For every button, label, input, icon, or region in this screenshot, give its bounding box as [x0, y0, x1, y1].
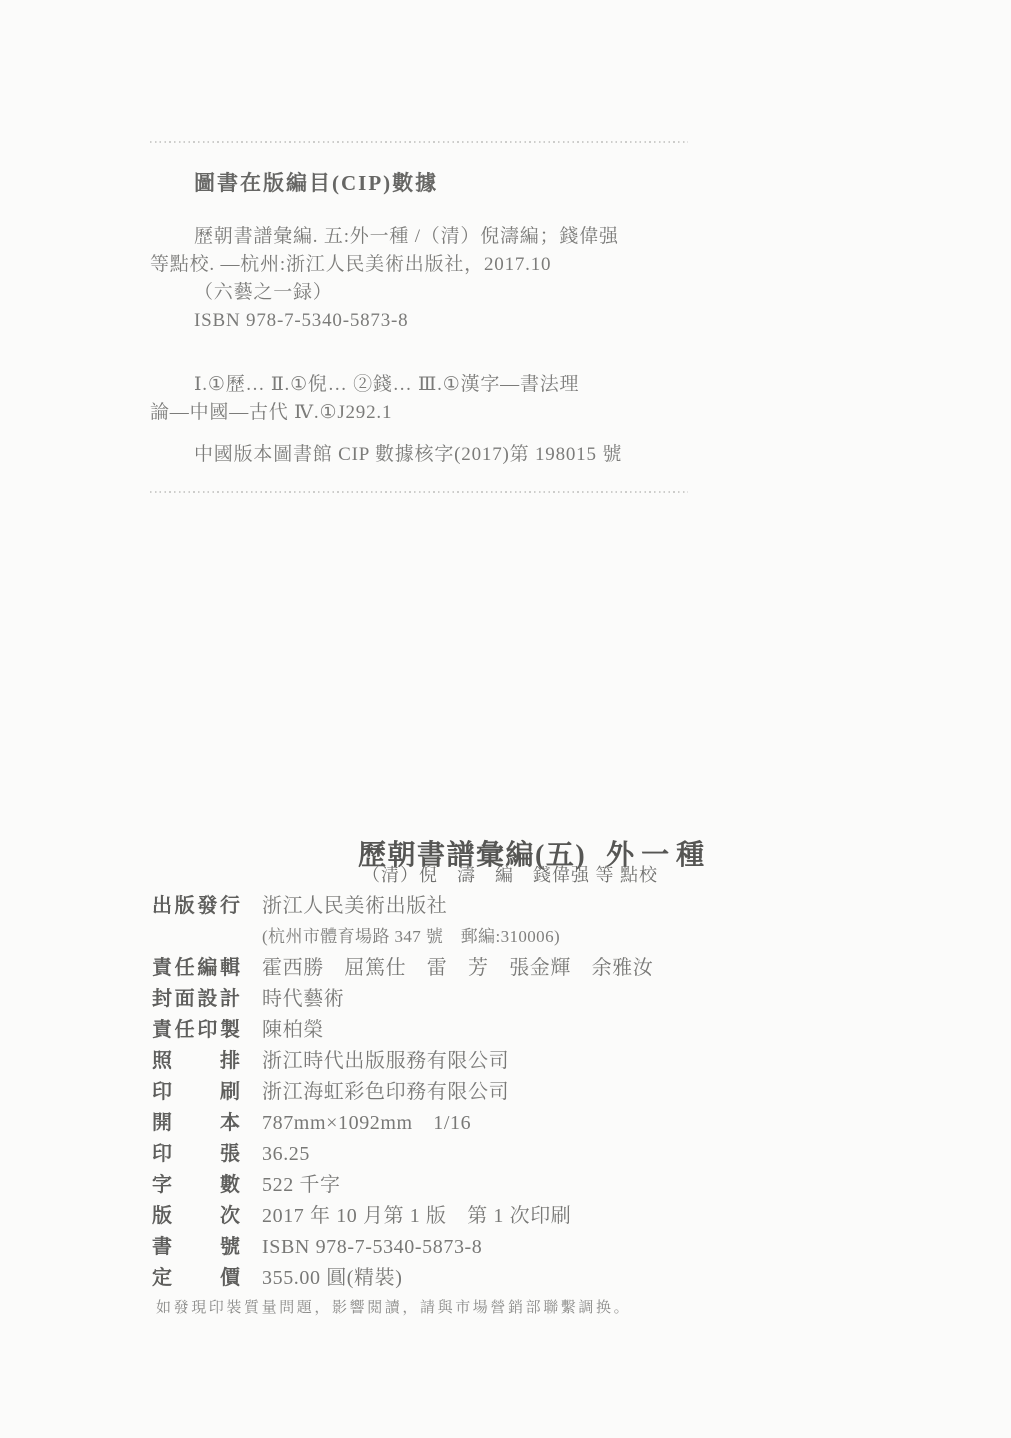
info-value: 霍西勝 屈篤仕 雷 芳 張金輝 余雅汝 — [262, 956, 653, 980]
publication-info-table: 出版發行 浙江人民美術出版社 (杭州市體育場路 347 號 郵編:310006)… — [152, 894, 872, 1297]
cip-record-line: 等點校. —杭州:浙江人民美術出版社，2017.10 — [150, 251, 688, 279]
info-label: 出版發行 — [152, 894, 240, 918]
info-label: 責任印製 — [152, 1018, 240, 1042]
cip-record: 歷朝書譜彙編. 五:外一種 /（清）倪濤編；錢偉强 等點校. —杭州:浙江人民美… — [150, 223, 688, 335]
info-row-publisher: 出版發行 浙江人民美術出版社 — [152, 894, 872, 918]
info-row-format: 開本 787mm×1092mm 1/16 — [152, 1111, 872, 1135]
info-label: 版次 — [152, 1204, 240, 1228]
cip-isbn-line: ISBN 978-7-5340-5873-8 — [194, 307, 688, 335]
info-row-word-count: 字數 522 千字 — [152, 1173, 872, 1197]
info-value: 浙江人民美術出版社 — [262, 894, 447, 918]
authors-line: （清）倪 濤 編 錢偉强 等 點校 — [362, 861, 658, 887]
info-value: ISBN 978-7-5340-5873-8 — [262, 1235, 482, 1259]
cip-record-line: 歷朝書譜彙編. 五:外一種 /（清）倪濤編；錢偉强 — [194, 223, 688, 251]
info-label: 封面設計 — [152, 987, 240, 1011]
dotted-divider-top — [150, 141, 688, 143]
info-label: 字數 — [152, 1173, 240, 1197]
info-row-typesetting: 照排 浙江時代出版服務有限公司 — [152, 1049, 872, 1073]
info-value: 陳柏榮 — [262, 1018, 324, 1042]
info-row-price: 定價 355.00 圓(精裝) — [152, 1266, 872, 1290]
info-label: 照排 — [152, 1049, 240, 1073]
info-label: 責任編輯 — [152, 956, 240, 980]
info-value: 522 千字 — [262, 1173, 341, 1197]
info-value: 浙江時代出版服務有限公司 — [262, 1049, 509, 1073]
cip-classification-line: Ⅰ.①歷… Ⅱ.①倪… ②錢… Ⅲ.①漢字—書法理 — [194, 371, 688, 399]
info-value: 浙江海虹彩色印務有限公司 — [262, 1080, 509, 1104]
cip-classification: Ⅰ.①歷… Ⅱ.①倪… ②錢… Ⅲ.①漢字—書法理 論—中國—古代 Ⅳ.①J29… — [150, 371, 688, 427]
info-value: 787mm×1092mm 1/16 — [262, 1111, 471, 1135]
quality-note: 如發現印裝質量問題，影響閲讀，請與市場營銷部聯繫調换。 — [156, 1296, 631, 1317]
dotted-divider-bottom — [150, 491, 688, 493]
cip-block: 圖書在版編目(CIP)數據 歷朝書譜彙編. 五:外一種 /（清）倪濤編；錢偉强 … — [150, 141, 688, 493]
info-row-cover-design: 封面設計 時代藝術 — [152, 987, 872, 1011]
cip-heading: 圖書在版編目(CIP)數據 — [194, 170, 688, 196]
info-label: 定價 — [152, 1266, 240, 1290]
cip-registry-line: 中國版本圖書館 CIP 數據核字(2017)第 198015 號 — [194, 441, 688, 469]
info-value: (杭州市體育場路 347 號 郵編:310006) — [262, 925, 560, 949]
info-row-publisher-address: (杭州市體育場路 347 號 郵編:310006) — [152, 925, 872, 949]
info-row-editors: 責任編輯 霍西勝 屈篤仕 雷 芳 張金輝 余雅汝 — [152, 956, 872, 980]
info-value: 時代藝術 — [262, 987, 344, 1011]
info-value: 36.25 — [262, 1142, 310, 1166]
cip-classification-line: 論—中國—古代 Ⅳ.①J292.1 — [150, 399, 688, 427]
cip-series-line: （六藝之一録） — [194, 279, 688, 307]
info-row-edition: 版次 2017 年 10 月第 1 版 第 1 次印刷 — [152, 1204, 872, 1228]
info-label: 書號 — [152, 1235, 240, 1259]
info-row-print-supervisor: 責任印製 陳柏榮 — [152, 1018, 872, 1042]
info-label: 開本 — [152, 1111, 240, 1135]
info-label: 印刷 — [152, 1080, 240, 1104]
info-row-printing: 印刷 浙江海虹彩色印務有限公司 — [152, 1080, 872, 1104]
info-value: 355.00 圓(精裝) — [262, 1266, 403, 1290]
info-value: 2017 年 10 月第 1 版 第 1 次印刷 — [262, 1204, 571, 1228]
info-row-sheets: 印張 36.25 — [152, 1142, 872, 1166]
info-label: 印張 — [152, 1142, 240, 1166]
info-row-isbn: 書號 ISBN 978-7-5340-5873-8 — [152, 1235, 872, 1259]
colophon-page: { "page": { "background_color": "#fbfbfa… — [0, 0, 1011, 1438]
